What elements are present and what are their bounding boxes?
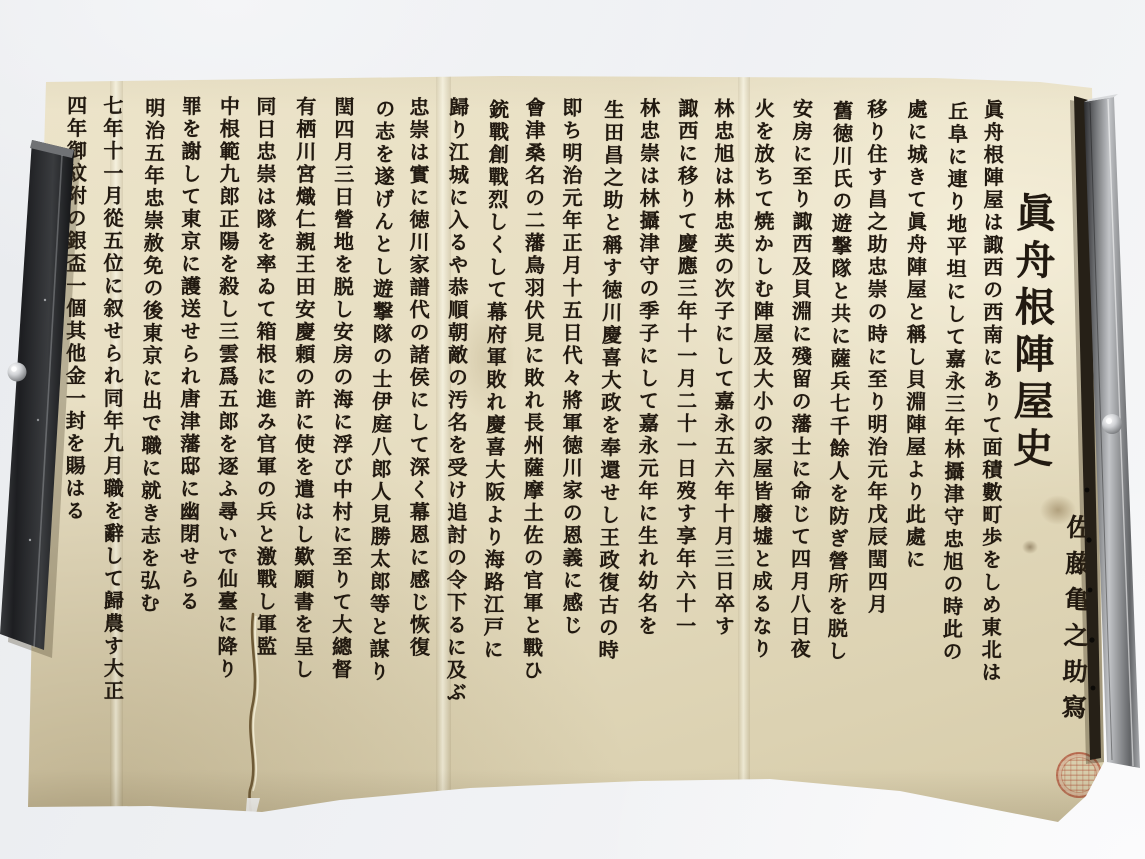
text-column: 舊徳川氏の遊撃隊と共に薩兵七千餘人を防ぎ營所を脱し — [815, 100, 861, 806]
text-column: の志を遂げんとし遊撃隊の士伊庭八郎人見勝太郎等と謀り — [357, 98, 403, 804]
text-column: 罪を謝して東京に護送せられ唐津藩邸に幽閉せらる — [168, 95, 209, 801]
manuscript-paper: 眞舟根陣屋史 眞舟根陣屋は諏西の西南にありて面積數町歩をしめ東北は丘阜に連り地平… — [0, 0, 1145, 859]
text-column: 即ち明治元年正月十五日代々將軍徳川家の恩義に感じ — [551, 97, 590, 803]
text-column: 閏四月三日營地を脱し安房の海に浮び中村に至りて大總督 — [321, 96, 362, 802]
paper-stain — [1022, 540, 1038, 554]
red-seal-stamp — [1056, 752, 1102, 798]
text-column: 明治五年忠崇赦免の後東京に出で職に就き志を弘む — [128, 97, 174, 803]
text-column: 林忠崇は林攝津守の季子にして嘉永元年に生れ幼名を — [626, 97, 667, 803]
text-column: 四年御紋附の銀盃一個其他金一封を賜はる — [53, 95, 94, 801]
text-column: 銃戰創戰烈しくして幕府軍敗れ慶喜大阪より海路江戸に — [471, 99, 517, 805]
text-column: 會津桑名の二藩鳥羽伏見に敗れ長州薩摩土佐の官軍と戰ひ — [512, 97, 553, 803]
text-column: 諏西に移りて慶應三年十一月二十一日歿す享年六十一 — [665, 98, 706, 804]
text-column: 忠崇は實に徳川家譜代の諸侯にして深く幕恩に感じ恢復 — [398, 96, 437, 802]
text-column: 丘阜に連り地平坦にして嘉永三年林攝津守忠旭の時此の — [930, 101, 976, 807]
manuscript-body: 眞舟根陣屋は諏西の西南にありて面積數町歩をしめ東北は丘阜に連り地平坦にして嘉永三… — [50, 95, 1011, 805]
copyist-signature: 佐藤亀之助寫 — [1045, 513, 1096, 774]
text-column: 眞舟根陣屋は諏西の西南にありて面積數町歩をしめ東北は — [970, 99, 1011, 805]
text-column: 林忠旭は林忠英の次子にして嘉永五六年十月三日卒す — [704, 98, 743, 804]
text-column: 移り住す昌之助忠崇の時に至り明治元年戊辰閏四月 — [857, 98, 896, 804]
text-column: 處に城きて眞舟陣屋と稱し貝淵陣屋より此處に — [894, 99, 935, 805]
text-column: 生田昌之助と稱す徳川慶喜大政を奉還せし王政復古の時 — [586, 99, 632, 805]
text-column: 歸り江城に入るや恭順朝敵の汚名を受け追討の令下るに及ぶ — [435, 97, 476, 803]
paper-tear — [233, 612, 279, 822]
text-column: 有栖川宮熾仁親王田安慶頼の許に使を遣はし歎願書を呈し — [283, 96, 324, 802]
text-column: 安房に至り諏西及貝淵に殘留の藩士に命じて四月八日夜 — [779, 98, 820, 804]
photo-backdrop: 眞舟根陣屋史 眞舟根陣屋は諏西の西南にありて面積數町歩をしめ東北は丘阜に連り地平… — [0, 0, 1145, 859]
text-column: 火を放ちて焼かしむ陣屋及大小の家屋皆廢墟と成るなり — [741, 98, 782, 804]
text-column: 七年十一月從五位に叙せられ同年九月職を辭して歸農す大正 — [93, 95, 132, 801]
ruler-ball-knob — [1102, 414, 1122, 434]
clamp-ball-knob — [8, 363, 27, 382]
